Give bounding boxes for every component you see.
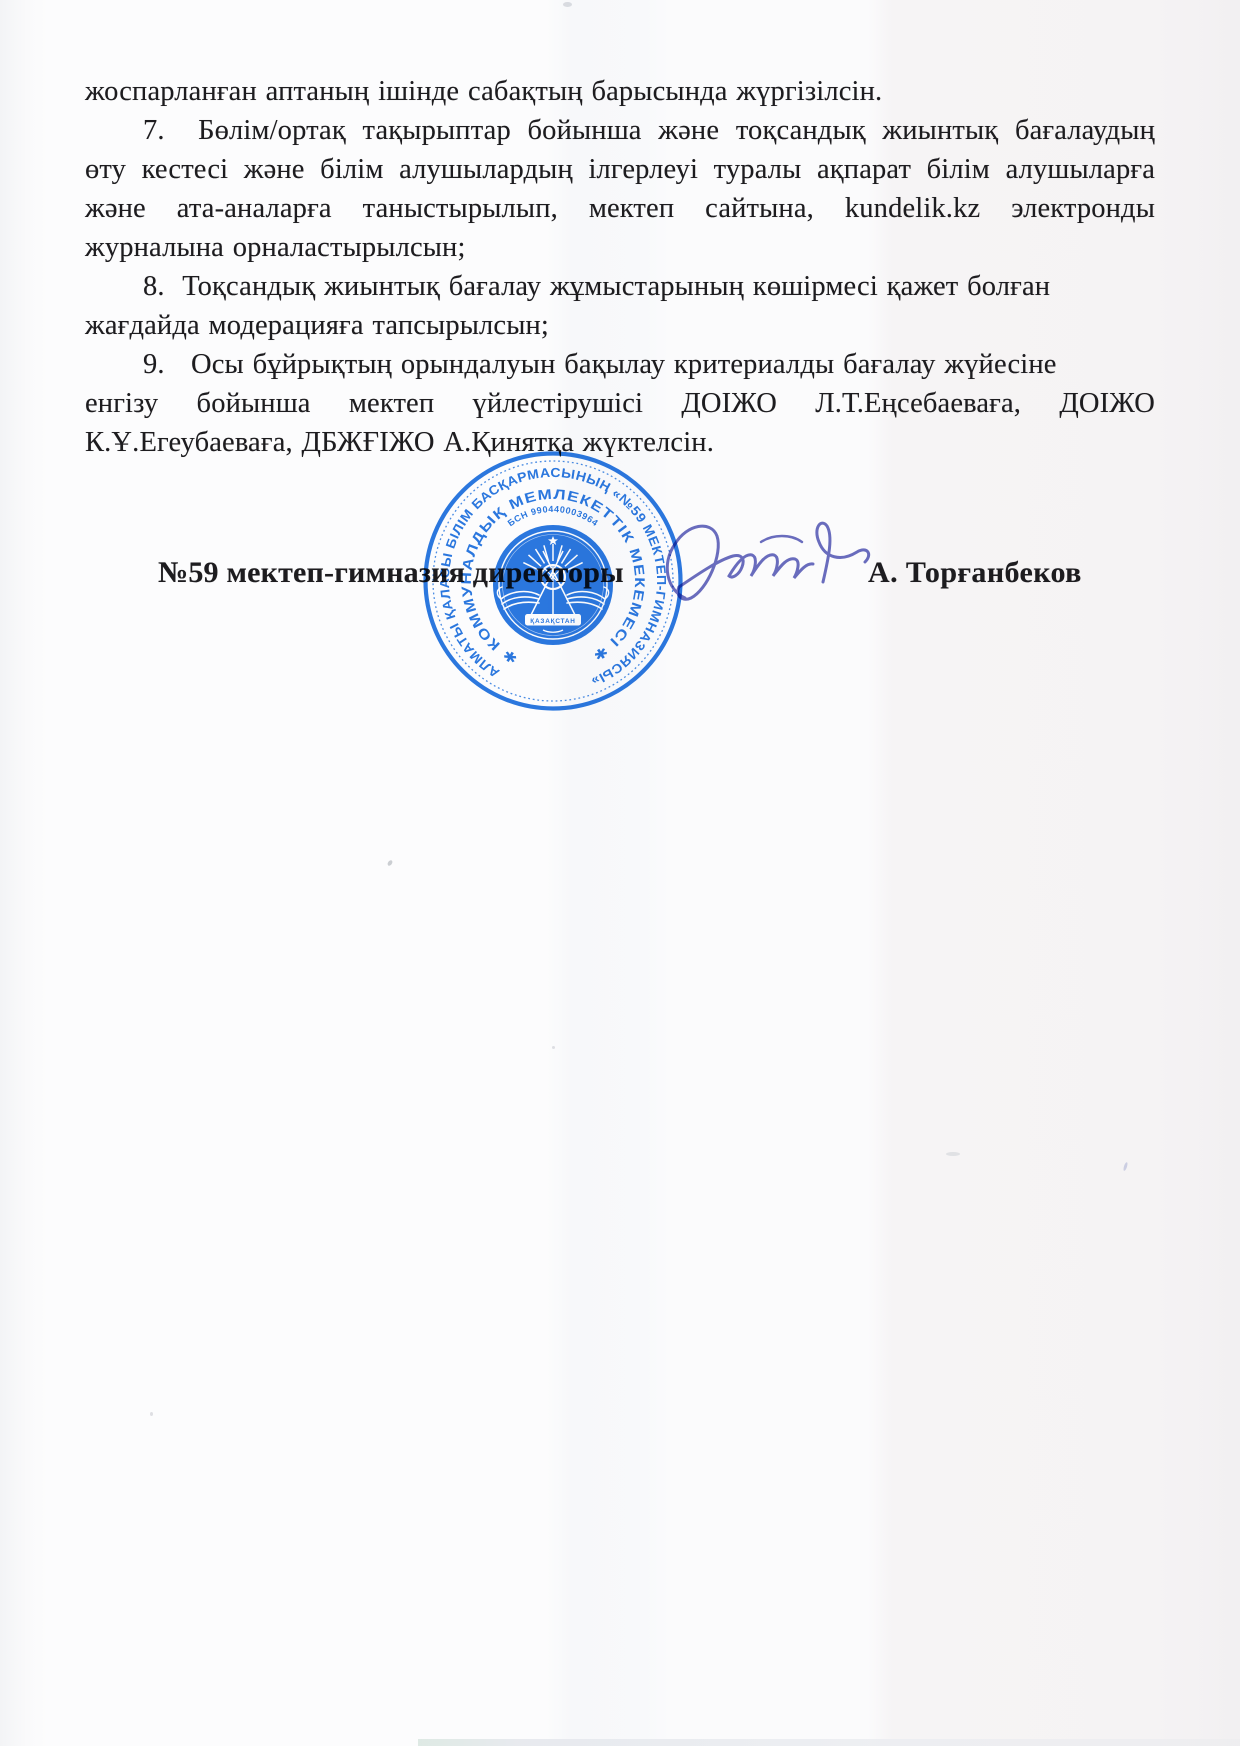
- scan-speck: [563, 2, 572, 7]
- emblem-banner-text: ҚАЗАҚСТАН: [530, 618, 575, 625]
- signature-tail: [817, 523, 869, 582]
- body-line-3: өту кестесі және білім алушылардың ілгер…: [85, 150, 1155, 189]
- body-line-6: 8. Тоқсандық жиынтық бағалау жұмыстарыны…: [85, 267, 1155, 306]
- body-line-7: жағдайда модерацияға тапсырылсын;: [85, 306, 1155, 345]
- scan-speck: [552, 1046, 555, 1049]
- scan-speck: [387, 859, 394, 866]
- body-line-5: журналына орналастырылсын;: [85, 228, 1155, 267]
- scan-speck: [150, 1412, 153, 1416]
- signature-loop: [667, 526, 718, 599]
- scan-bottom-edge: [0, 1746, 1240, 1755]
- body-line-9: енгізу бойынша мектеп үйлестірушісі ДОІЖ…: [85, 384, 1155, 423]
- body-line-8: 9. Осы бұйрықтың орындалуын бақылау крит…: [85, 345, 1155, 384]
- director-signature: [645, 492, 880, 642]
- director-name: А. Торғанбеков: [868, 556, 1082, 590]
- scan-speck: [1123, 1162, 1129, 1171]
- scan-speck: [946, 1152, 960, 1156]
- signature-macron: [761, 536, 802, 542]
- body-line-1: жоспарланған аптаның ішінде сабақтың бар…: [85, 72, 1155, 111]
- scan-edge-strip: [418, 1739, 1240, 1746]
- body-line-2: 7. Бөлім/ортақ тақырыптар бойынша және т…: [85, 111, 1155, 150]
- stamp-emblem: ҚАЗАҚСТАН: [493, 525, 613, 645]
- scanned-order-page: жоспарланған аптаның ішінде сабақтың бар…: [0, 0, 1240, 1755]
- body-line-4: және ата-аналарға таныстырылып, мектеп с…: [85, 189, 1155, 228]
- document-body: жоспарланған аптаның ішінде сабақтың бар…: [85, 72, 1155, 462]
- signature-wave: [679, 555, 813, 587]
